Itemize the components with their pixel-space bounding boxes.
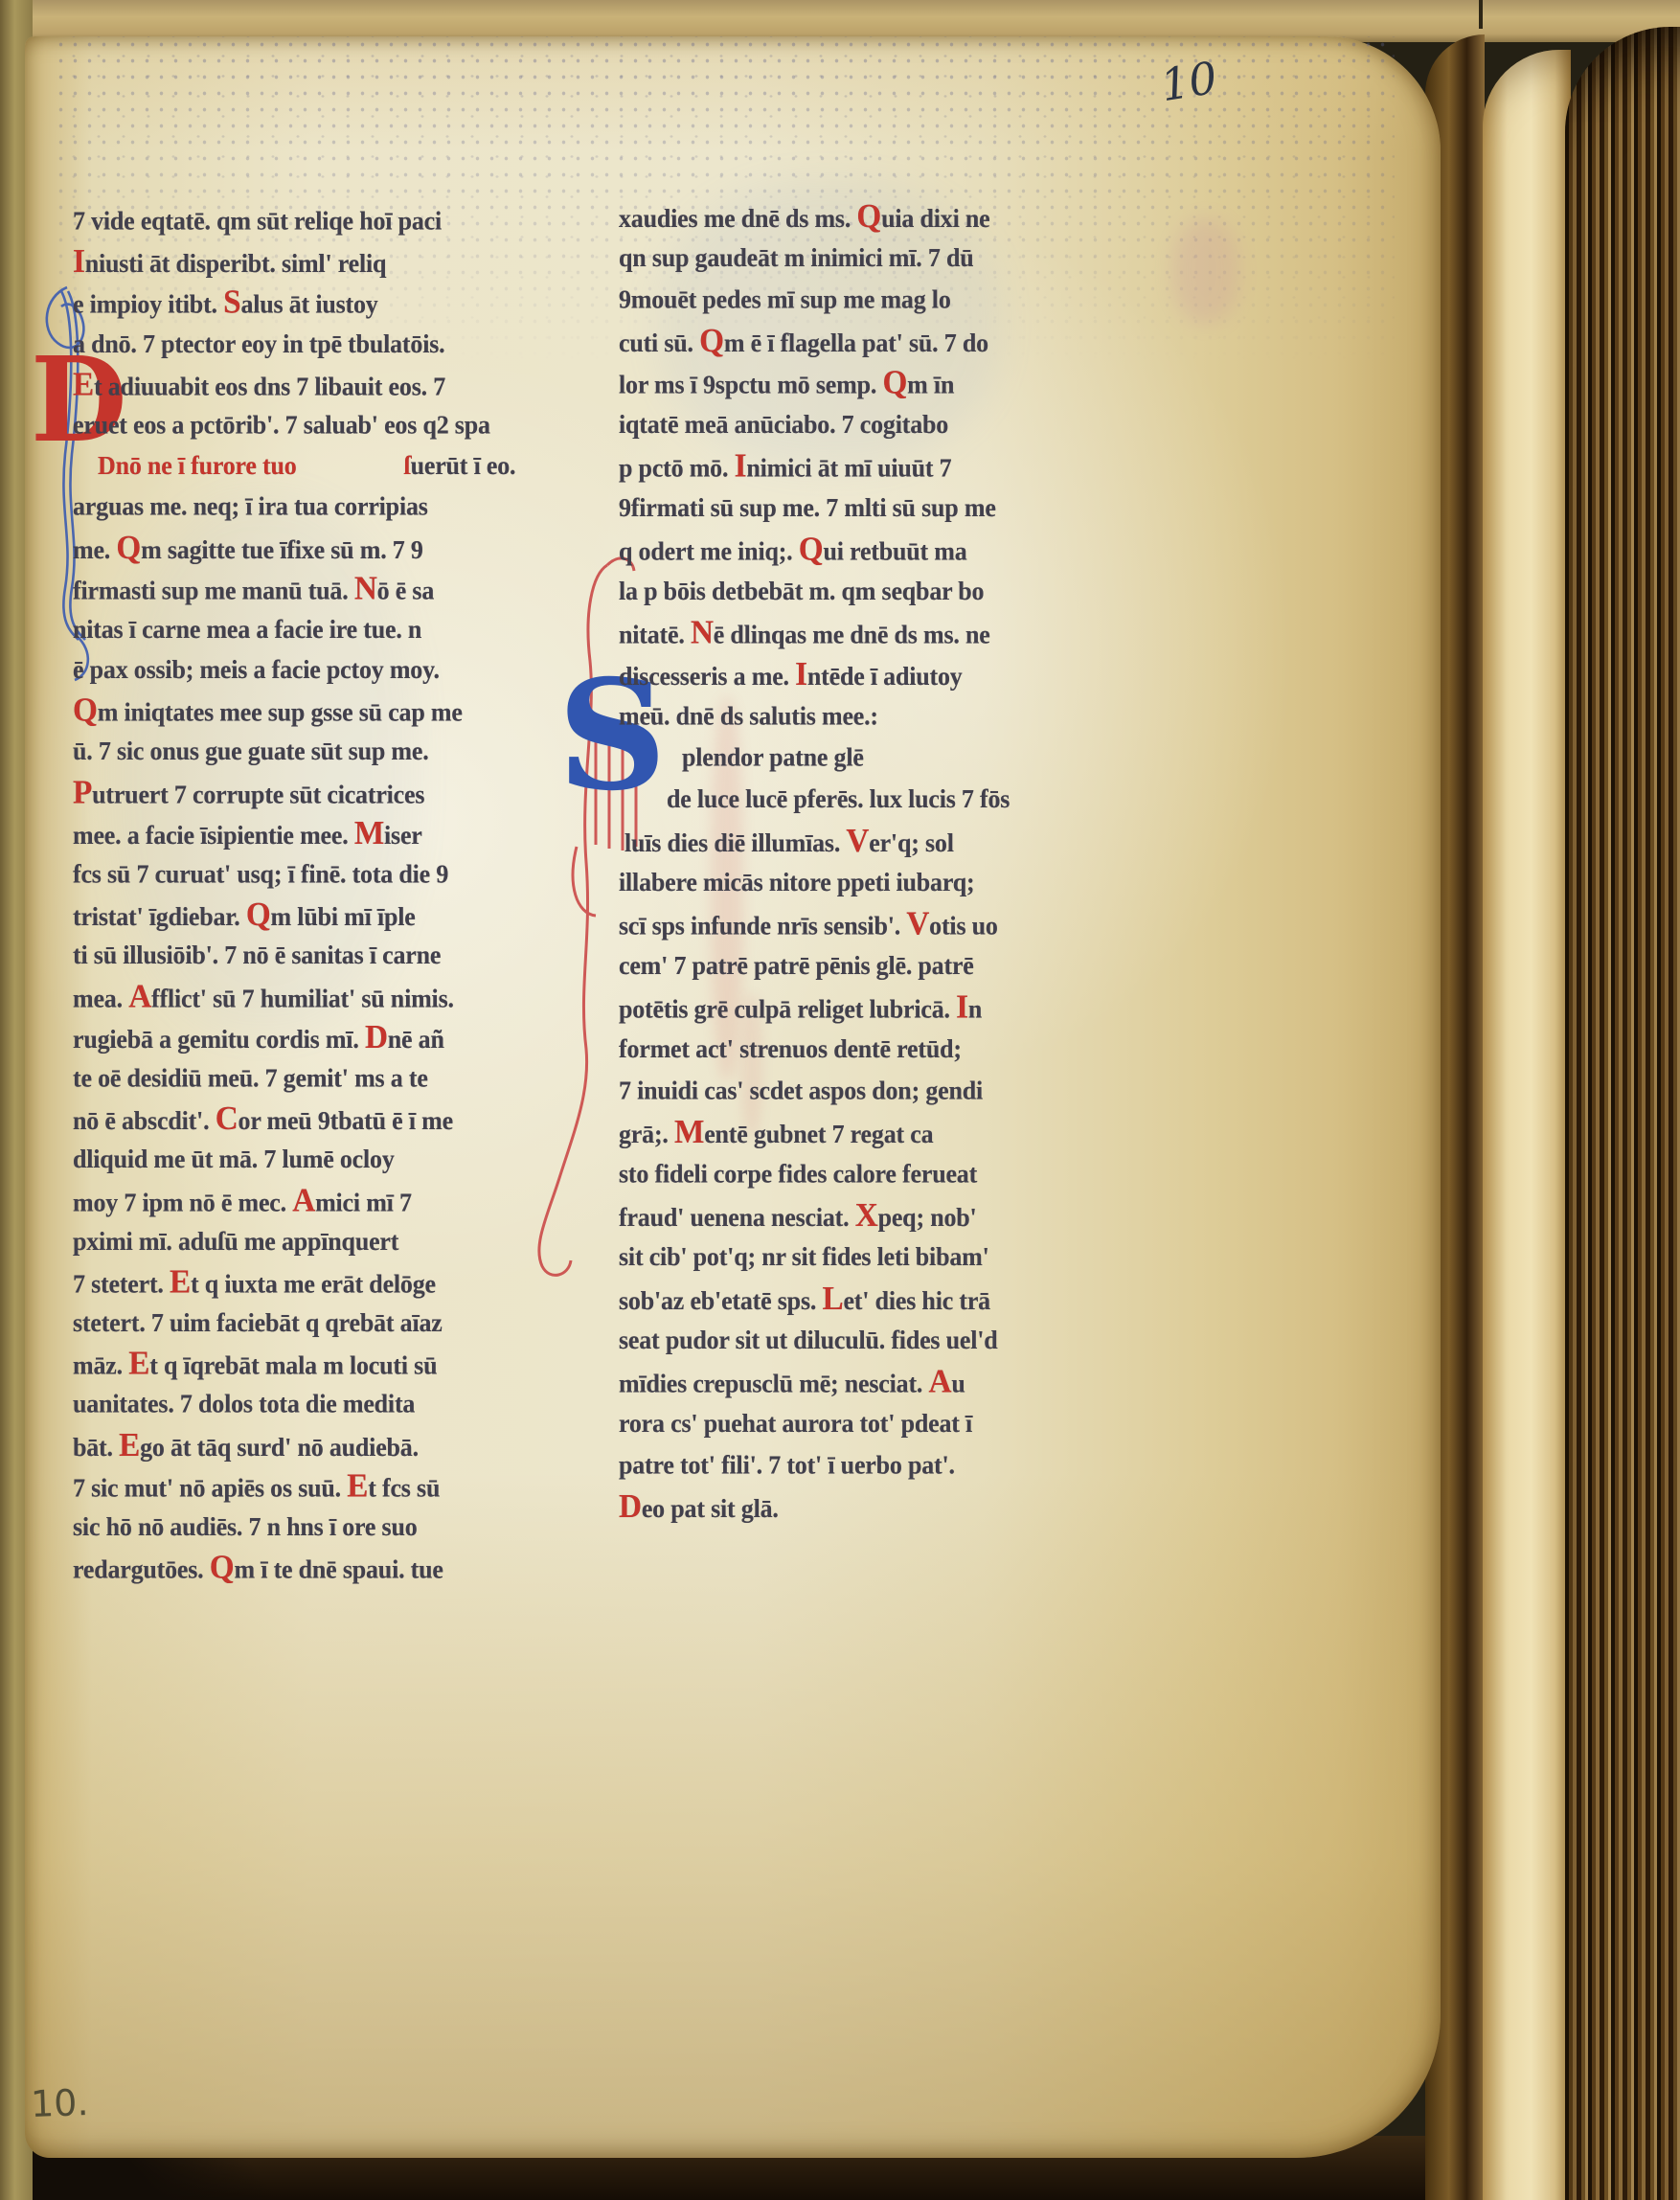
text-segment: sob'az eb'etatē sps. <box>619 1285 822 1315</box>
text-segment: u <box>951 1369 965 1398</box>
rubricated-initial: Q <box>116 529 141 566</box>
text-segment: illabere micās nitore ppeti iubarq; <box>619 868 974 897</box>
text-segment: p pctō mō. <box>619 453 735 483</box>
text-line: 7 vide eqtatē. qm sūt reliqe hoī paci <box>73 201 596 242</box>
text-segment: grā;. <box>619 1120 674 1149</box>
text-line: rora cs' puehat aurora tot' pdeat ī <box>619 1402 1161 1443</box>
text-line: p pctō mō. Inimici āt mī uiuūt 7 <box>619 445 1161 487</box>
text-segment: fflict' sū 7 humiliat' sū nimis. <box>151 984 454 1013</box>
text-line: fcs sū 7 curuat' usq; ī finē. tota die 9 <box>73 854 596 896</box>
text-line: me. Qm sagitte tue īfixe sū m. 7 9 <box>73 528 596 569</box>
text-line: rugiebā a gemitu cordis mī. Dnē añ <box>73 1017 596 1058</box>
text-line: iqtatē meā anūciabo. 7 cogitabo <box>619 403 1161 444</box>
text-segment: ntēde ī adiutoy <box>807 662 963 692</box>
rubricated-initial: D <box>365 1018 388 1055</box>
text-line: luīs dies diē illumīas. Ver'q; sol <box>619 820 1161 861</box>
manuscript-photo: D S 10 10. 7 vide eqtatē. qm sūt reliqe … <box>0 0 1680 2200</box>
text-segment: sic hō nō audiēs. 7 n hns ī ore suo <box>73 1511 418 1541</box>
text-segment: e impioy itibt. <box>73 290 223 320</box>
text-line: cem' 7 patrē patrē pēnis glē. patrē <box>619 944 1161 986</box>
text-segment: m iniqtates mee sup gsse sū cap me <box>98 698 463 728</box>
text-segment: 7 vide eqtatē. qm sūt reliqe hoī paci <box>73 206 442 236</box>
text-line: Qm iniqtates mee sup gsse sū cap me <box>73 691 596 732</box>
text-line: pximi mī. aduſū me appīnquert <box>73 1221 596 1262</box>
text-line: a dnō. 7 ptector eoy in tpē tbulatōis. <box>73 324 596 365</box>
rubricated-initial: Q <box>799 531 824 568</box>
text-line: ē pax ossib; meis a facie pctoy moy. <box>73 650 596 692</box>
rubricated-initial: Q <box>246 896 271 933</box>
text-line: Dnō ne ī furore tuoſuerūt ī eo. <box>73 446 596 488</box>
rubricated-initial: Q <box>856 197 881 235</box>
text-segment: ē pax ossib; meis a facie pctoy moy. <box>73 655 440 685</box>
text-segment: māz. <box>73 1350 128 1380</box>
text-segment: la p bōis detbebāt m. qm seqbar bo <box>619 577 984 606</box>
rubricated-initial: I <box>795 655 807 692</box>
text-segment: otis uo <box>929 911 998 941</box>
text-segment: fraud' uenena nesciat. <box>619 1203 855 1233</box>
text-line: q odert me iniq;. Qui retbuūt ma <box>619 529 1161 570</box>
text-segment: rugiebā a gemitu cordis mī. <box>73 1024 365 1054</box>
text-segment: qn sup gaudeāt m inimici mī. 7 dū <box>619 243 974 273</box>
text-segment: nē añ <box>388 1024 444 1054</box>
rubricated-initial: D <box>619 1487 642 1525</box>
text-line: nitas ī carne mea a facie ire tue. n <box>73 609 596 650</box>
text-line: la p bōis detbebāt m. qm seqbar bo <box>619 570 1161 611</box>
text-segment: uerūt ī eo. <box>411 451 516 481</box>
rubric-text: Dnō ne ī furore tuo <box>98 451 297 481</box>
text-line: mīdies crepusclū mē; nesciat. Au <box>619 1361 1161 1402</box>
text-line: māz. Et q īqrebāt mala m locuti sū <box>73 1344 596 1385</box>
text-line: eruet eos a pctōrib'. 7 saluab' eos q2 s… <box>73 405 596 446</box>
text-line: Et adiuuabit eos dns 7 libauit eos. 7 <box>73 364 596 405</box>
text-line: sit cib' pot'q; nr sit fides leti bibam' <box>619 1236 1161 1278</box>
text-segment: iqtatē meā anūciabo. 7 cogitabo <box>619 410 948 440</box>
text-segment: m sagitte tue īfixe sū m. 7 9 <box>141 534 423 564</box>
text-segment: mee. a facie īsipientie mee. <box>73 820 354 850</box>
show-through-smudge <box>1172 218 1239 324</box>
text-line: mea. Afflict' sū 7 humiliat' sū nimis. <box>73 976 596 1017</box>
text-segment: patre tot' fili'. 7 tot' ī uerbo pat'. <box>619 1450 955 1480</box>
text-segment: utruert 7 corrupte sūt cicatrices <box>92 780 424 809</box>
rubricated-initial: A <box>128 977 151 1014</box>
rubricated-initial: Q <box>73 692 98 729</box>
text-segment: n <box>968 994 982 1024</box>
text-segment: m ē ī flagella pat' sū. 7 do <box>724 329 988 358</box>
text-segment: sit cib' pot'q; nr sit fides leti bibam' <box>619 1242 989 1272</box>
text-segment: pximi mī. aduſū me appīnquert <box>73 1226 398 1256</box>
text-line: grā;. Mentē gubnet 7 regat ca <box>619 1111 1161 1152</box>
text-segment: rora cs' puehat aurora tot' pdeat ī <box>619 1409 972 1439</box>
text-line: de luce lucē pferēs. lux lucis 7 fōs <box>619 778 1161 819</box>
text-segment: arguas me. neq; ī ira tua corripias <box>73 491 428 521</box>
text-segment: eo pat sit glā. <box>642 1494 779 1524</box>
text-segment: ē dlinqas me dnē ds ms. ne <box>714 620 990 649</box>
text-segment: m īn <box>907 370 954 399</box>
text-segment: cuti sū. <box>619 329 699 358</box>
text-line: 7 inuidi cas' scdet aspos don; gendi <box>619 1070 1161 1111</box>
text-segment: m ī te dnē spaui. tue <box>234 1554 443 1584</box>
text-line: redargutōes. Qm ī te dnē spaui. tue <box>73 1548 596 1589</box>
text-segment: lor ms ī 9spctu mō semp. <box>619 370 882 399</box>
text-segment: discesseris a me. <box>619 662 795 692</box>
rubricated-initial: V <box>906 905 929 942</box>
text-line: uanitates. 7 dolos tota die medita <box>73 1384 596 1425</box>
text-line: sob'az eb'etatē sps. Let' dies hic trā <box>619 1278 1161 1319</box>
text-line: discesseris a me. Intēde ī adiutoy <box>619 653 1161 694</box>
rubricated-initial: N <box>691 614 714 651</box>
text-line: patre tot' fili'. 7 tot' ī uerbo pat'. <box>619 1444 1161 1486</box>
text-segment: t q īqrebāt mala m locuti sū <box>149 1350 437 1380</box>
text-line: ū. 7 sic onus gue guate sūt sup me. <box>73 732 596 773</box>
text-line: qn sup gaudeāt m inimici mī. 7 dū <box>619 237 1161 278</box>
text-segment: et' dies hic trā <box>843 1285 990 1315</box>
text-line: lor ms ī 9spctu mō semp. Qm īn <box>619 362 1161 403</box>
rubricated-initial: L <box>822 1280 843 1317</box>
text-segment: m lūbi mī īple <box>271 902 416 932</box>
rubricated-initial: P <box>73 773 92 810</box>
text-segment: nitatē. <box>619 620 691 649</box>
text-segment: cem' 7 patrē patrē pēnis glē. patrē <box>619 951 974 981</box>
rubricated-initial: Q <box>699 323 724 360</box>
text-line: seat pudor sit ut diluculū. fides uel'd <box>619 1319 1161 1360</box>
text-line: 9firmati sū sup me. 7 mlti sū sup me <box>619 487 1161 528</box>
text-segment: scī sps infunde nrīs sensib'. <box>619 911 906 941</box>
text-segment: bāt. <box>73 1432 119 1462</box>
rubricated-initial: E <box>128 1345 149 1382</box>
text-column-left: 7 vide eqtatē. qm sūt reliqe hoī paciIni… <box>73 201 596 1588</box>
text-segment: t adiuuabit eos dns 7 libauit eos. 7 <box>94 372 445 401</box>
text-segment: stetert. 7 uim faciebāt q qrebāt aīaz <box>73 1307 443 1337</box>
text-line: ti sū illusiōib'. 7 nō ē sanitas ī carne <box>73 936 596 977</box>
rubricated-initial: E <box>119 1426 140 1463</box>
text-segment: tristat' īgdiebar. <box>73 902 246 932</box>
rubricated-initial: E <box>170 1263 191 1301</box>
text-segment: 9firmati sū sup me. 7 mlti sū sup me <box>619 493 996 523</box>
text-line: arguas me. neq; ī ira tua corripias <box>73 487 596 528</box>
text-segment: mici mī 7 <box>315 1188 412 1217</box>
page-edge-leaf <box>1483 50 1571 2200</box>
text-line: bāt. Ego āt tāq surd' nō audiebā. <box>73 1425 596 1466</box>
text-segment: 7 inuidi cas' scdet aspos don; gendi <box>619 1076 983 1105</box>
text-line: firmasti sup me manū tuā. Nō ē sa <box>73 568 596 609</box>
rubricated-initial: E <box>73 365 94 402</box>
text-segment: te oē desidiū meū. 7 gemit' ms a te <box>73 1063 428 1093</box>
text-segment: peq; nob' <box>878 1203 977 1233</box>
text-segment: fcs sū 7 curuat' usq; ī finē. tota die 9 <box>73 859 448 889</box>
text-segment: ti sū illusiōib'. 7 nō ē sanitas ī carne <box>73 941 441 970</box>
manuscript-page: D S 10 10. 7 vide eqtatē. qm sūt reliqe … <box>25 36 1441 2158</box>
rubricated-initial: E <box>347 1467 368 1505</box>
text-segment: plendor patne glē <box>682 742 864 772</box>
text-line: illabere micās nitore ppeti iubarq; <box>619 861 1161 902</box>
text-segment: luīs dies diē illumīas. <box>624 828 846 857</box>
text-line: 9mouēt pedes mī sup me mag lo <box>619 279 1161 320</box>
rubricated-initial: C <box>216 1100 238 1137</box>
rubricated-initial: V <box>846 822 869 859</box>
text-segment: entē gubnet 7 regat ca <box>704 1120 933 1149</box>
text-line: nō ē abscdit'. Cor meū 9tbatū ē ī me <box>73 1099 596 1140</box>
rubricated-initial: I <box>735 447 747 485</box>
text-line: 7 stetert. Et q iuxta me erāt delōge <box>73 1262 596 1304</box>
text-segment: a dnō. 7 ptector eoy in tpē tbulatōis. <box>73 329 444 358</box>
rubricated-initial: M <box>354 814 384 851</box>
text-column-right: xaudies me dnē ds ms. Quia dixi neqn sup… <box>619 195 1161 1528</box>
text-segment: potētis grē culpā religet lubricā. <box>619 994 956 1024</box>
text-line: potētis grē culpā religet lubricā. In <box>619 987 1161 1028</box>
text-segment: iser <box>384 820 422 850</box>
text-line: formet act' strenuos dentē retūd; <box>619 1028 1161 1069</box>
rubricated-initial: A <box>292 1181 315 1218</box>
text-segment: nitas ī carne mea a facie ire tue. n <box>73 614 421 644</box>
text-segment: redargutōes. <box>73 1554 210 1584</box>
rubricated-initial: X <box>855 1196 878 1234</box>
text-segment: niusti āt disperibt. siml' reliq <box>85 249 387 279</box>
text-line: scī sps infunde nrīs sensib'. Votis uo <box>619 903 1161 944</box>
rubricated-initial: N <box>354 569 377 606</box>
text-line: tristat' īgdiebar. Qm lūbi mī īple <box>73 895 596 936</box>
text-line: plendor patne glē <box>619 737 1161 778</box>
text-segment: uia dixi ne <box>881 203 989 233</box>
text-segment: 9mouēt pedes mī sup me mag lo <box>619 284 951 314</box>
top-edge-mark <box>1479 0 1483 29</box>
folio-number-top: 10 <box>1157 52 1220 111</box>
text-segment: seat pudor sit ut diluculū. fides uel'd <box>619 1326 998 1355</box>
text-segment: formet act' strenuos dentē retūd; <box>619 1034 962 1064</box>
text-line: sto fideli corpe fides calore ferueat <box>619 1153 1161 1194</box>
fore-edge-stack <box>1565 27 1680 2200</box>
text-segment: nimici āt mī uiuūt 7 <box>746 453 951 483</box>
text-line: 7 sic mut' nō apiēs os suū. Et fcs sū <box>73 1466 596 1508</box>
rubricated-initial: S <box>223 284 240 321</box>
text-segment: 7 sic mut' nō apiēs os suū. <box>73 1473 347 1503</box>
text-segment: meū. dnē ds salutis mee.: <box>619 701 878 731</box>
text-segment: sto fideli corpe fides calore ferueat <box>619 1159 977 1189</box>
text-line: fraud' uenena nesciat. Xpeq; nob' <box>619 1194 1161 1236</box>
text-segment: uanitates. 7 dolos tota die medita <box>73 1390 415 1419</box>
text-segment: go āt tāq surd' nō audiebā. <box>140 1432 419 1462</box>
text-segment: ui retbuūt ma <box>823 536 966 566</box>
rubricated-initial: Q <box>882 364 907 401</box>
rubricated-initial: Q <box>210 1549 235 1586</box>
text-line: sic hō nō audiēs. 7 n hns ī ore suo <box>73 1507 596 1548</box>
text-segment: t q iuxta me erāt delōge <box>191 1269 436 1299</box>
text-line: Deo pat sit glā. <box>619 1486 1161 1527</box>
text-segment: me. <box>73 534 116 564</box>
rubricated-initial: A <box>929 1363 952 1400</box>
rubricated-initial: I <box>956 988 968 1026</box>
text-line: xaudies me dnē ds ms. Quia dixi ne <box>619 195 1161 237</box>
rubric-text: ſ <box>404 451 411 481</box>
rubricated-initial: I <box>73 243 85 281</box>
text-segment: q odert me iniq;. <box>619 536 799 566</box>
text-line: e impioy itibt. Salus āt iustoy <box>73 283 596 324</box>
text-segment: t fcs sū <box>368 1473 440 1503</box>
text-segment: mīdies crepusclū mē; nesciat. <box>619 1369 929 1398</box>
text-segment: nō ē abscdit'. <box>73 1106 216 1136</box>
text-line: stetert. 7 uim faciebāt q qrebāt aīaz <box>73 1303 596 1344</box>
text-segment: ō ē sa <box>377 576 434 605</box>
text-line: mee. a facie īsipientie mee. Miser <box>73 813 596 854</box>
text-segment: or meū 9tbatū ē ī me <box>238 1106 453 1136</box>
text-segment: er'q; sol <box>869 828 953 857</box>
text-segment: eruet eos a pctōrib'. 7 saluab' eos q2 s… <box>73 410 490 440</box>
text-segment: firmasti sup me manū tuā. <box>73 576 354 605</box>
text-segment: alus āt iustoy <box>240 290 377 320</box>
text-line: meū. dnē ds salutis mee.: <box>619 695 1161 737</box>
text-line: te oē desidiū meū. 7 gemit' ms a te <box>73 1058 596 1100</box>
text-segment: de luce lucē pferēs. lux lucis 7 fōs <box>667 784 1010 814</box>
text-segment: mea. <box>73 984 128 1013</box>
text-segment: xaudies me dnē ds ms. <box>619 203 856 233</box>
text-line: moy 7 ipm nō ē mec. Amici mī 7 <box>73 1180 596 1221</box>
text-segment: 7 stetert. <box>73 1269 170 1299</box>
text-line: nitatē. Nē dlinqas me dnē ds ms. ne <box>619 612 1161 653</box>
text-line: Putruert 7 corrupte sūt cicatrices <box>73 772 596 813</box>
text-line: Iniusti āt disperibt. siml' reliq <box>73 242 596 284</box>
text-line: dliquid me ūt mā. 7 lumē ocloy <box>73 1140 596 1181</box>
rubricated-initial: M <box>674 1113 704 1150</box>
folio-number-bottom: 10. <box>30 2081 89 2125</box>
text-segment: dliquid me ūt mā. 7 lumē ocloy <box>73 1145 395 1174</box>
text-segment: moy 7 ipm nō ē mec. <box>73 1188 292 1217</box>
text-segment: ū. 7 sic onus gue guate sūt sup me. <box>73 737 429 766</box>
text-line: cuti sū. Qm ē ī flagella pat' sū. 7 do <box>619 320 1161 361</box>
